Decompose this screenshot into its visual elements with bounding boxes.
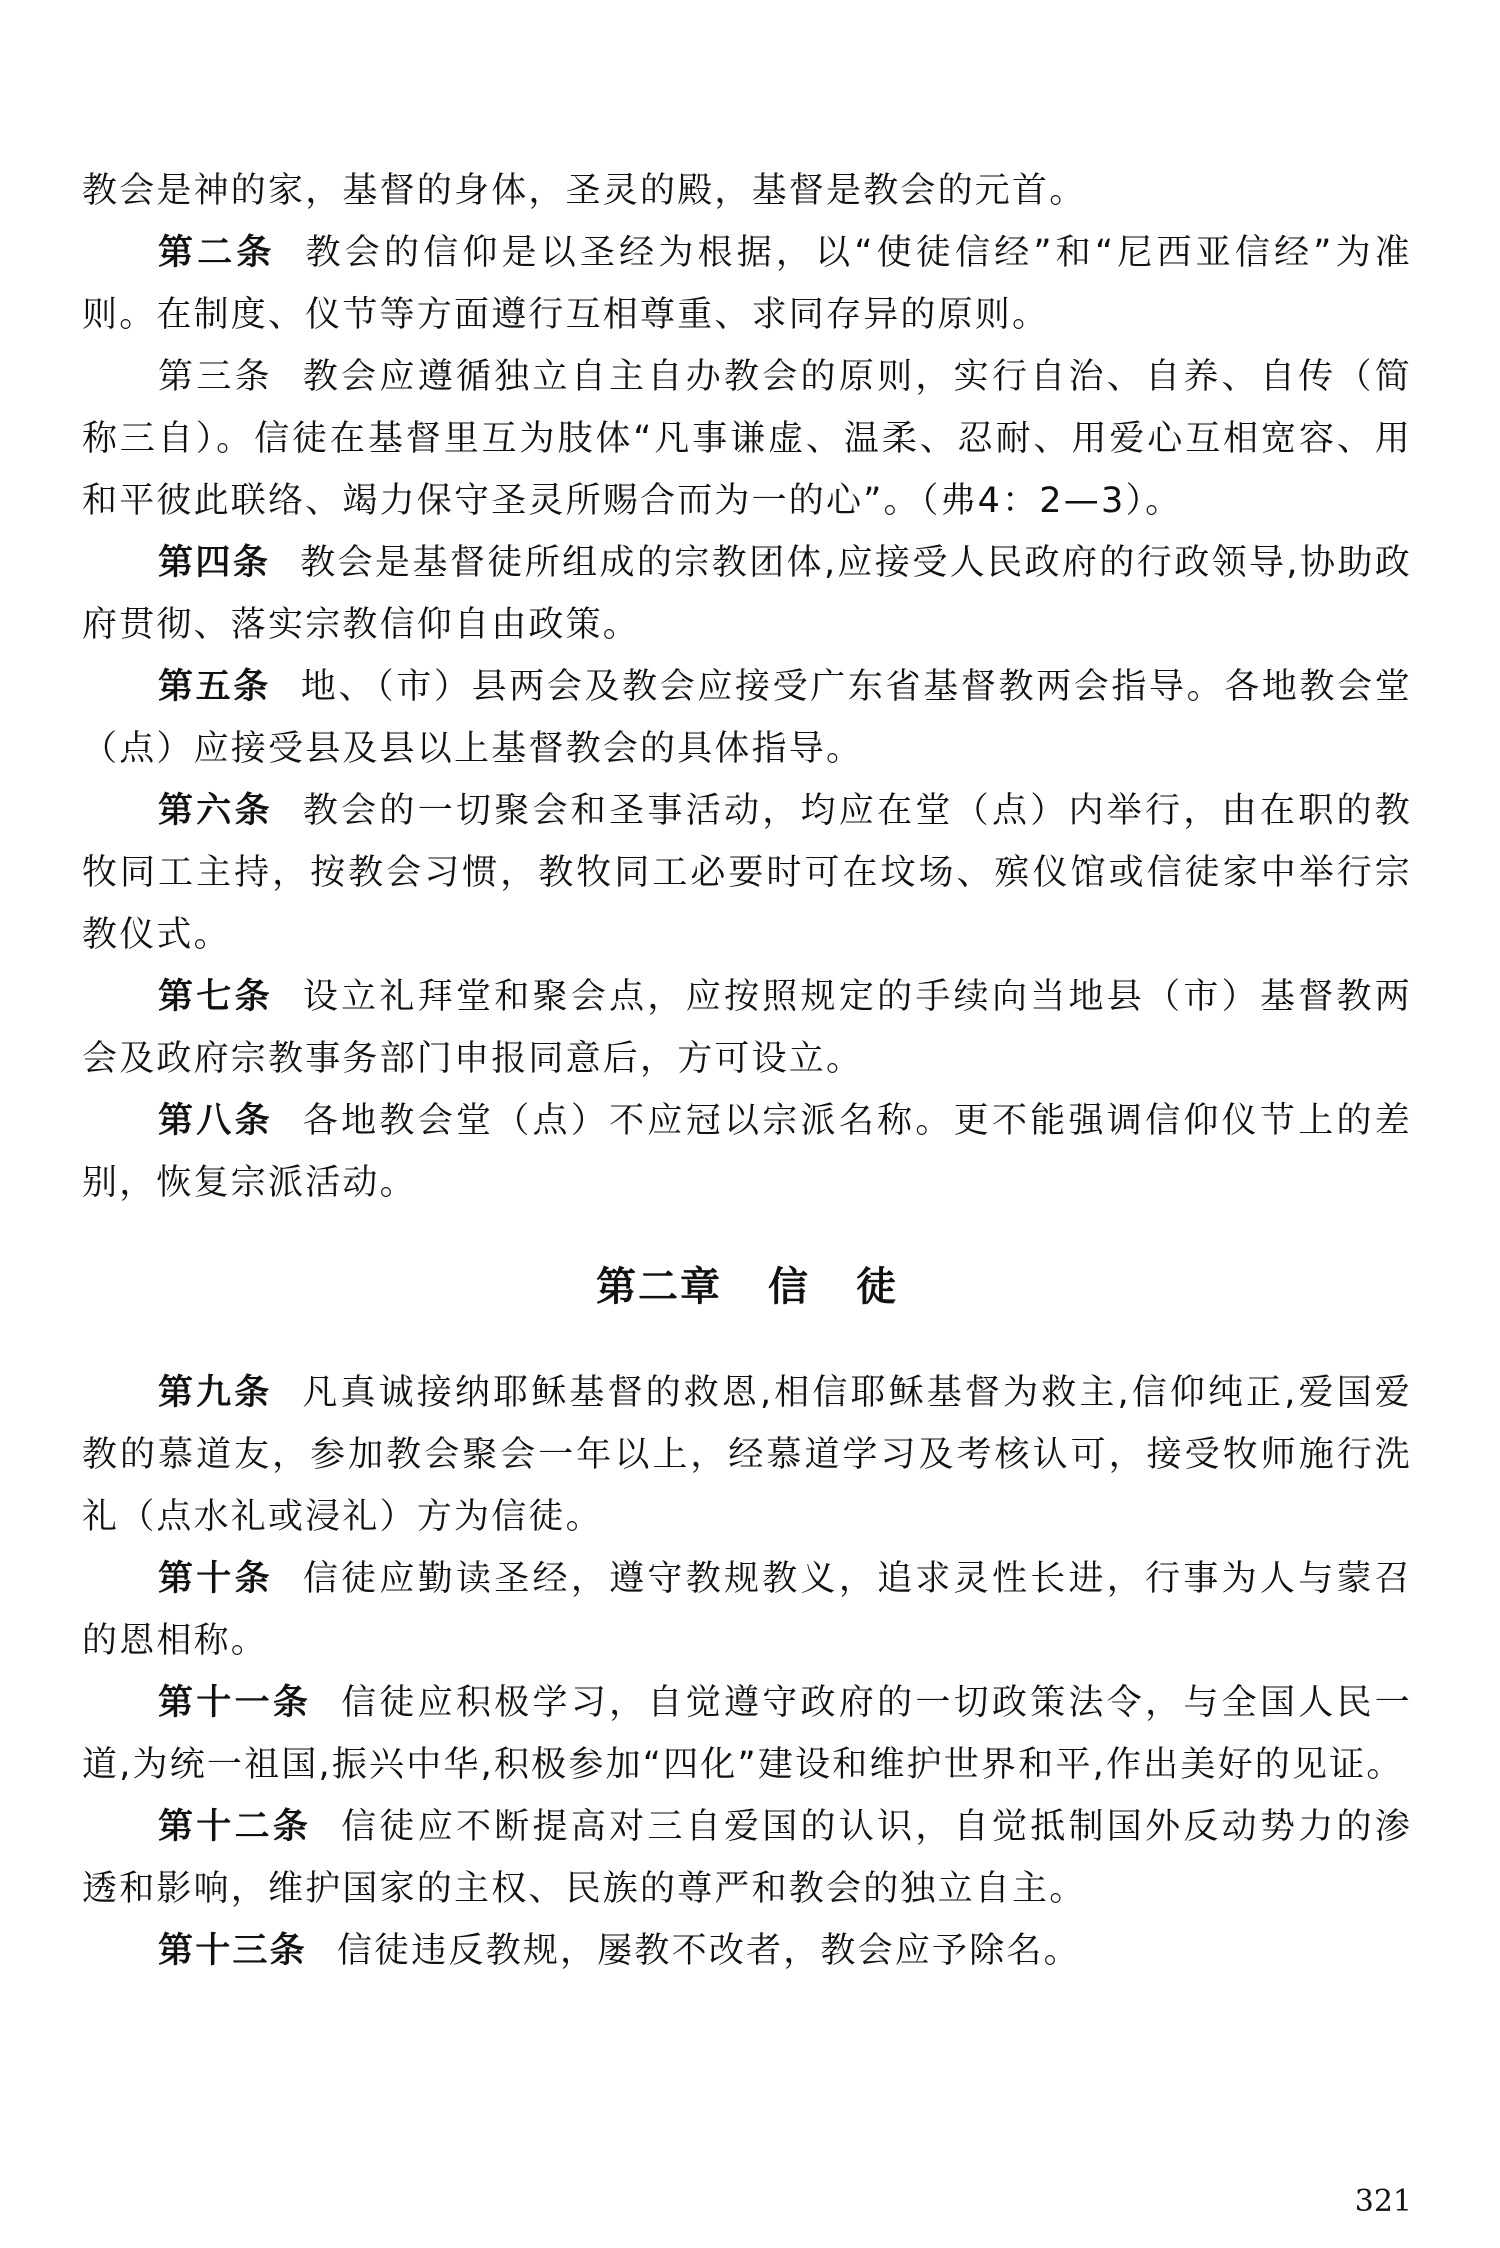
article-text: 教会的信仰是以圣经为根据，以“使徒信经”和“尼西亚信经”为准则。在制度、仪节等方… xyxy=(82,233,1412,335)
article-label: 第五条 xyxy=(158,667,271,707)
article-label: 第四条 xyxy=(158,543,270,583)
article-text: 凡真诚接纳耶稣基督的救恩,相信耶稣基督为救主,信仰纯正,爱国爱教的慕道友，参加教… xyxy=(82,1373,1412,1537)
article-3: 第三条教会应遵循独立自主自办教会的原则，实行自治、自养、自传（简称三自）。信徒在… xyxy=(82,346,1412,532)
article-label: 第八条 xyxy=(158,1101,273,1141)
article-label: 第十一条 xyxy=(158,1683,311,1723)
paragraph-text: 教会是神的家，基督的身体，圣灵的殿，基督是教会的元首。 xyxy=(82,171,1086,211)
article-6: 第六条教会的一切聚会和圣事活动，均应在堂（点）内举行，由在职的教牧同工主持，按教… xyxy=(82,780,1412,966)
article-text: 教会应遵循独立自主自办教会的原则，实行自治、自养、自传（简称三自）。信徒在基督里… xyxy=(82,357,1412,521)
article-label: 第六条 xyxy=(158,791,273,831)
document-page: 教会是神的家，基督的身体，圣灵的殿，基督是教会的元首。 第二条教会的信仰是以圣经… xyxy=(82,160,1412,1982)
article-label: 第三条 xyxy=(158,357,273,397)
article-label: 第十三条 xyxy=(158,1931,307,1971)
article-label: 第十二条 xyxy=(158,1807,311,1847)
article-8: 第八条各地教会堂（点）不应冠以宗派名称。更不能强调信仰仪节上的差别，恢复宗派活动… xyxy=(82,1090,1412,1214)
chapter-title-char: 徒 xyxy=(856,1264,898,1310)
article-11: 第十一条信徒应积极学习，自觉遵守政府的一切政策法令，与全国人民一道,为统一祖国,… xyxy=(82,1672,1412,1796)
paragraph-continuation: 教会是神的家，基督的身体，圣灵的殿，基督是教会的元首。 xyxy=(82,160,1412,222)
article-label: 第二条 xyxy=(158,233,276,273)
article-text: 信徒应勤读圣经，遵守教规教义，追求灵性长进，行事为人与蒙召的恩相称。 xyxy=(82,1559,1412,1661)
article-9: 第九条凡真诚接纳耶稣基督的救恩,相信耶稣基督为救主,信仰纯正,爱国爱教的慕道友，… xyxy=(82,1362,1412,1548)
article-label: 第十条 xyxy=(158,1559,273,1599)
chapter-number: 第二章 xyxy=(596,1264,722,1310)
article-label: 第九条 xyxy=(158,1373,272,1413)
article-text: 教会是基督徒所组成的宗教团体,应接受人民政府的行政领导,协助政府贯彻、落实宗教信… xyxy=(82,543,1412,645)
page-number: 321 xyxy=(1355,2184,1412,2219)
article-12: 第十二条信徒应不断提高对三自爱国的认识，自觉抵制国外反动势力的渗透和影响，维护国… xyxy=(82,1796,1412,1920)
article-text: 地、（市）县两会及教会应接受广东省基督教两会指导。各地教会堂（点）应接受县及县以… xyxy=(82,667,1412,769)
article-13: 第十三条信徒违反教规，屡教不改者，教会应予除名。 xyxy=(82,1920,1412,1982)
article-text: 各地教会堂（点）不应冠以宗派名称。更不能强调信仰仪节上的差别，恢复宗派活动。 xyxy=(82,1101,1412,1203)
article-2: 第二条教会的信仰是以圣经为根据，以“使徒信经”和“尼西亚信经”为准则。在制度、仪… xyxy=(82,222,1412,346)
article-5: 第五条地、（市）县两会及教会应接受广东省基督教两会指导。各地教会堂（点）应接受县… xyxy=(82,656,1412,780)
article-text: 设立礼拜堂和聚会点，应按照规定的手续向当地县（市）基督教两会及政府宗教事务部门申… xyxy=(82,977,1412,1079)
article-10: 第十条信徒应勤读圣经，遵守教规教义，追求灵性长进，行事为人与蒙召的恩相称。 xyxy=(82,1548,1412,1672)
chapter-heading: 第二章信徒 xyxy=(82,1256,1412,1318)
chapter-title-char: 信 xyxy=(768,1264,810,1310)
article-text: 信徒违反教规，屡教不改者，教会应予除名。 xyxy=(337,1931,1081,1971)
article-label: 第七条 xyxy=(158,977,273,1017)
article-7: 第七条设立礼拜堂和聚会点，应按照规定的手续向当地县（市）基督教两会及政府宗教事务… xyxy=(82,966,1412,1090)
article-4: 第四条教会是基督徒所组成的宗教团体,应接受人民政府的行政领导,协助政府贯彻、落实… xyxy=(82,532,1412,656)
article-text: 教会的一切聚会和圣事活动，均应在堂（点）内举行，由在职的教牧同工主持，按教会习惯… xyxy=(82,791,1412,955)
